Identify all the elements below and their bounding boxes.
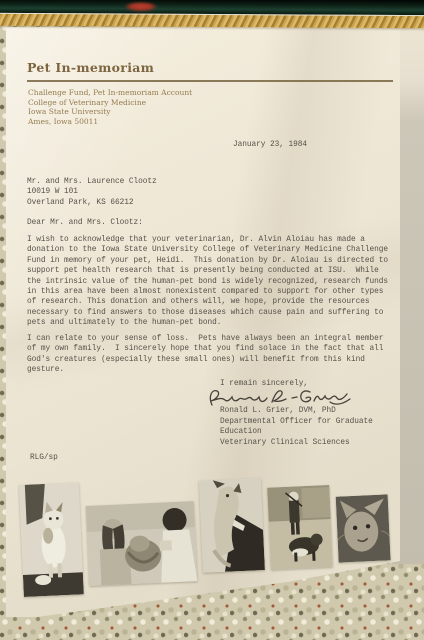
signer-line: Ronald L. Grier, DVM, PhD xyxy=(220,406,373,417)
photo-cat-closeup xyxy=(336,494,391,562)
signer-line: Education xyxy=(220,427,373,438)
signer-line: Veterinary Clinical Sciences xyxy=(220,438,373,449)
letterhead-title: Pet In-memoriam xyxy=(27,60,154,75)
letterhead-address-line: College of Veterinary Medicine xyxy=(28,98,192,108)
book-edge xyxy=(0,0,424,16)
letterhead-address: Challenge Fund, Pet In-memoriam Account … xyxy=(28,88,192,126)
salutation: Dear Mr. and Mrs. Clootz: xyxy=(27,218,143,228)
signer-line: Departmental Officer for Graduate xyxy=(220,417,373,428)
red-mark-on-book-edge xyxy=(124,2,158,12)
letterhead-address-line: Iowa State University xyxy=(28,107,192,117)
body-paragraph-2: I can relate to your sense of loss. Pets… xyxy=(27,334,383,376)
recipient-address: Mr. and Mrs. Laurence Clootz 10019 W 101… xyxy=(27,177,157,208)
photo-dog-at-piano xyxy=(199,478,265,573)
photo-dog-grooming xyxy=(86,501,198,586)
letterhead-address-line: Ames, Iowa 50011 xyxy=(28,117,192,127)
letter-paper: Pet In-memoriam Challenge Fund, Pet In-m… xyxy=(6,27,400,617)
photo-hunter-with-dog xyxy=(267,485,333,570)
paper-bottom-rule xyxy=(58,621,349,640)
typist-initials: RLG/sp xyxy=(30,453,58,463)
recipient-line: 10019 W 101 xyxy=(27,187,157,197)
photo-strip xyxy=(19,468,397,625)
recipient-line: Overland Park, KS 66212 xyxy=(27,198,157,208)
date-line: January 23, 1984 xyxy=(233,140,307,150)
signer-identity: Ronald L. Grier, DVM, PhD Departmental O… xyxy=(220,406,373,448)
body-paragraph-1: I wish to acknowledge that your veterina… xyxy=(27,235,388,329)
letterhead-rule xyxy=(27,80,393,82)
photo-of-letter-scene: { "scene": { "description": "Photograph … xyxy=(0,0,424,640)
photo-strip-rule xyxy=(32,610,394,629)
letterhead-address-line: Challenge Fund, Pet In-memoriam Account xyxy=(28,88,192,98)
photo-kitten-standing xyxy=(19,482,84,597)
recipient-line: Mr. and Mrs. Laurence Clootz xyxy=(27,177,157,187)
